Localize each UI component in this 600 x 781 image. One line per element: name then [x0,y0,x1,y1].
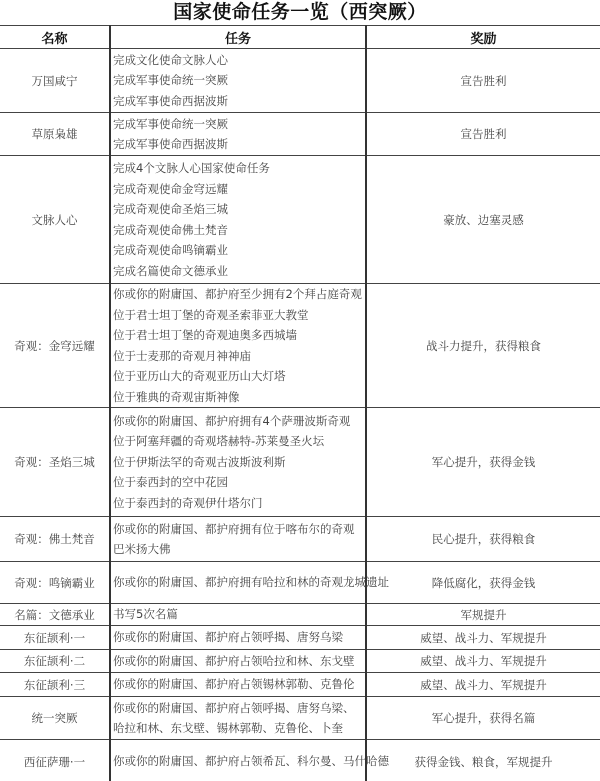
task-line: 位于君士坦丁堡的奇观迪奥多西城墙 [113,325,365,346]
header-reward: 奖励 [366,26,600,49]
table-body: 万国咸宁完成文化使命文脉人心完成军事使命统一突厥完成军事使命西据波斯宣告胜利草原… [0,49,600,781]
mission-name: 统一突厥 [0,697,110,740]
task-line: 你或你的附庸国、都护府占领呼揭、唐努乌梁 [113,627,365,648]
mission-reward: 威望、战斗力、军规提升 [366,673,600,697]
mission-reward: 豪放、边塞灵感 [366,156,600,284]
mission-name: 草原枭雄 [0,113,110,156]
task-line: 你或你的附庸国、都护府至少拥有2个拜占庭奇观 [113,284,365,305]
task-line: 你或你的附庸国、都护府占领希瓦、科尔曼、马什哈德 [113,751,365,772]
task-line: 你或你的附庸国、都护府拥有4个萨珊波斯奇观 [113,411,365,432]
task-line: 书写5次名篇 [113,604,365,625]
mission-reward: 军心提升，获得金钱 [366,408,600,517]
mission-tasks: 你或你的附庸国、都护府占领呼揭、唐努乌梁 [110,626,366,650]
table-row: 奇观：佛土梵音你或你的附庸国、都护府拥有位于喀布尔的奇观巴米扬大佛民心提升，获得… [0,517,600,562]
task-line: 你或你的附庸国、都护府占领锡林郭勒、克鲁伦 [113,674,365,695]
mission-tasks: 完成4个文脉人心国家使命任务完成奇观使命金穹远耀完成奇观使命圣焰三城完成奇观使命… [110,156,366,284]
mission-name: 东征颉利·一 [0,626,110,650]
task-line: 完成名篇使命文德承业 [113,261,365,282]
mission-tasks: 你或你的附庸国、都护府拥有4个萨珊波斯奇观位于阿塞拜疆的奇观塔赫特-苏莱曼圣火坛… [110,408,366,517]
mission-table: 名称 任务 奖励 万国咸宁完成文化使命文脉人心完成军事使命统一突厥完成军事使命西… [0,25,600,781]
table-row: 名篇：文德承业书写5次名篇军规提升 [0,604,600,626]
mission-reward: 军规提升 [366,604,600,626]
mission-name: 东征颉利·三 [0,673,110,697]
mission-tasks: 你或你的附庸国、都护府占领希瓦、科尔曼、马什哈德 [110,740,366,781]
mission-tasks: 你或你的附庸国、都护府拥有位于喀布尔的奇观巴米扬大佛 [110,517,366,562]
mission-name: 名篇：文德承业 [0,604,110,626]
mission-reward: 获得金钱、粮食，军规提升 [366,740,600,781]
table-row: 统一突厥你或你的附庸国、都护府占领呼揭、唐努乌梁、哈拉和林、东戈壁、锡林郭勒、克… [0,697,600,740]
task-line: 完成奇观使命金穹远耀 [113,179,365,200]
mission-tasks: 你或你的附庸国、都护府占领呼揭、唐努乌梁、哈拉和林、东戈壁、锡林郭勒、克鲁伦、卜… [110,697,366,740]
task-line: 你或你的附庸国、都护府拥有哈拉和林的奇观龙城遗址 [113,572,365,593]
mission-tasks: 你或你的附庸国、都护府占领锡林郭勒、克鲁伦 [110,673,366,697]
task-line: 你或你的附庸国、都护府拥有位于喀布尔的奇观巴米扬大佛 [113,519,365,560]
mission-name: 文脉人心 [0,156,110,284]
task-line: 完成军事使命西据波斯 [113,91,365,112]
mission-reward: 降低腐化，获得金钱 [366,562,600,604]
task-line: 你或你的附庸国、都护府占领呼揭、唐努乌梁、哈拉和林、东戈壁、锡林郭勒、克鲁伦、卜… [113,698,365,739]
task-line: 位于亚历山大的奇观亚历山大灯塔 [113,366,365,387]
mission-tasks: 完成军事使命统一突厥完成军事使命西据波斯 [110,113,366,156]
task-line: 位于君士坦丁堡的奇观圣索菲亚大教堂 [113,305,365,326]
mission-tasks: 完成文化使命文脉人心完成军事使命统一突厥完成军事使命西据波斯 [110,49,366,113]
mission-reward: 宣告胜利 [366,113,600,156]
mission-name: 东征颉利·二 [0,650,110,673]
table-row: 草原枭雄完成军事使命统一突厥完成军事使命西据波斯宣告胜利 [0,113,600,156]
task-line: 位于伊斯法罕的奇观古波斯波利斯 [113,452,365,473]
mission-name: 奇观：金穹远耀 [0,284,110,408]
task-line: 完成文化使命文脉人心 [113,50,365,71]
header-tasks: 任务 [110,26,366,49]
table-row: 奇观：鸣镝霸业你或你的附庸国、都护府拥有哈拉和林的奇观龙城遗址降低腐化，获得金钱 [0,562,600,604]
table-header-row: 名称 任务 奖励 [0,26,600,49]
mission-tasks: 你或你的附庸国、都护府至少拥有2个拜占庭奇观位于君士坦丁堡的奇观圣索菲亚大教堂位… [110,284,366,408]
mission-reward: 军心提升，获得名篇 [366,697,600,740]
task-line: 完成4个文脉人心国家使命任务 [113,158,365,179]
task-line: 位于阿塞拜疆的奇观塔赫特-苏莱曼圣火坛 [113,431,365,452]
mission-name: 西征萨珊·一 [0,740,110,781]
table-row: 奇观：圣焰三城你或你的附庸国、都护府拥有4个萨珊波斯奇观位于阿塞拜疆的奇观塔赫特… [0,408,600,517]
mission-name: 奇观：鸣镝霸业 [0,562,110,604]
task-line: 完成奇观使命圣焰三城 [113,199,365,220]
table-row: 奇观：金穹远耀你或你的附庸国、都护府至少拥有2个拜占庭奇观位于君士坦丁堡的奇观圣… [0,284,600,408]
task-line: 完成奇观使命鸣镝霸业 [113,240,365,261]
table-row: 东征颉利·二你或你的附庸国、都护府占领哈拉和林、东戈壁威望、战斗力、军规提升 [0,650,600,673]
mission-reward: 威望、战斗力、军规提升 [366,626,600,650]
task-line: 完成军事使命统一突厥 [113,114,365,135]
task-line: 完成军事使命统一突厥 [113,70,365,91]
table-row: 东征颉利·三你或你的附庸国、都护府占领锡林郭勒、克鲁伦威望、战斗力、军规提升 [0,673,600,697]
task-line: 完成奇观使命佛土梵音 [113,220,365,241]
task-line: 完成军事使命西据波斯 [113,134,365,155]
mission-tasks: 你或你的附庸国、都护府拥有哈拉和林的奇观龙城遗址 [110,562,366,604]
task-line: 位于泰西封的奇观伊什塔尔门 [113,493,365,514]
mission-reward: 宣告胜利 [366,49,600,113]
mission-tasks: 书写5次名篇 [110,604,366,626]
mission-name: 奇观：圣焰三城 [0,408,110,517]
table-row: 西征萨珊·一你或你的附庸国、都护府占领希瓦、科尔曼、马什哈德获得金钱、粮食，军规… [0,740,600,781]
mission-reward: 民心提升，获得粮食 [366,517,600,562]
header-name: 名称 [0,26,110,49]
table-row: 东征颉利·一你或你的附庸国、都护府占领呼揭、唐努乌梁威望、战斗力、军规提升 [0,626,600,650]
task-line: 位于泰西封的空中花园 [113,472,365,493]
task-line: 你或你的附庸国、都护府占领哈拉和林、东戈壁 [113,651,365,672]
page-title: 国家使命任务一览（西突厥） [0,0,600,25]
table-row: 万国咸宁完成文化使命文脉人心完成军事使命统一突厥完成军事使命西据波斯宣告胜利 [0,49,600,113]
mission-name: 奇观：佛土梵音 [0,517,110,562]
task-line: 位于雅典的奇观宙斯神像 [113,387,365,408]
mission-reward: 威望、战斗力、军规提升 [366,650,600,673]
mission-tasks: 你或你的附庸国、都护府占领哈拉和林、东戈壁 [110,650,366,673]
mission-reward: 战斗力提升，获得粮食 [366,284,600,408]
mission-name: 万国咸宁 [0,49,110,113]
table-row: 文脉人心完成4个文脉人心国家使命任务完成奇观使命金穹远耀完成奇观使命圣焰三城完成… [0,156,600,284]
task-line: 位于士麦那的奇观月神神庙 [113,346,365,367]
